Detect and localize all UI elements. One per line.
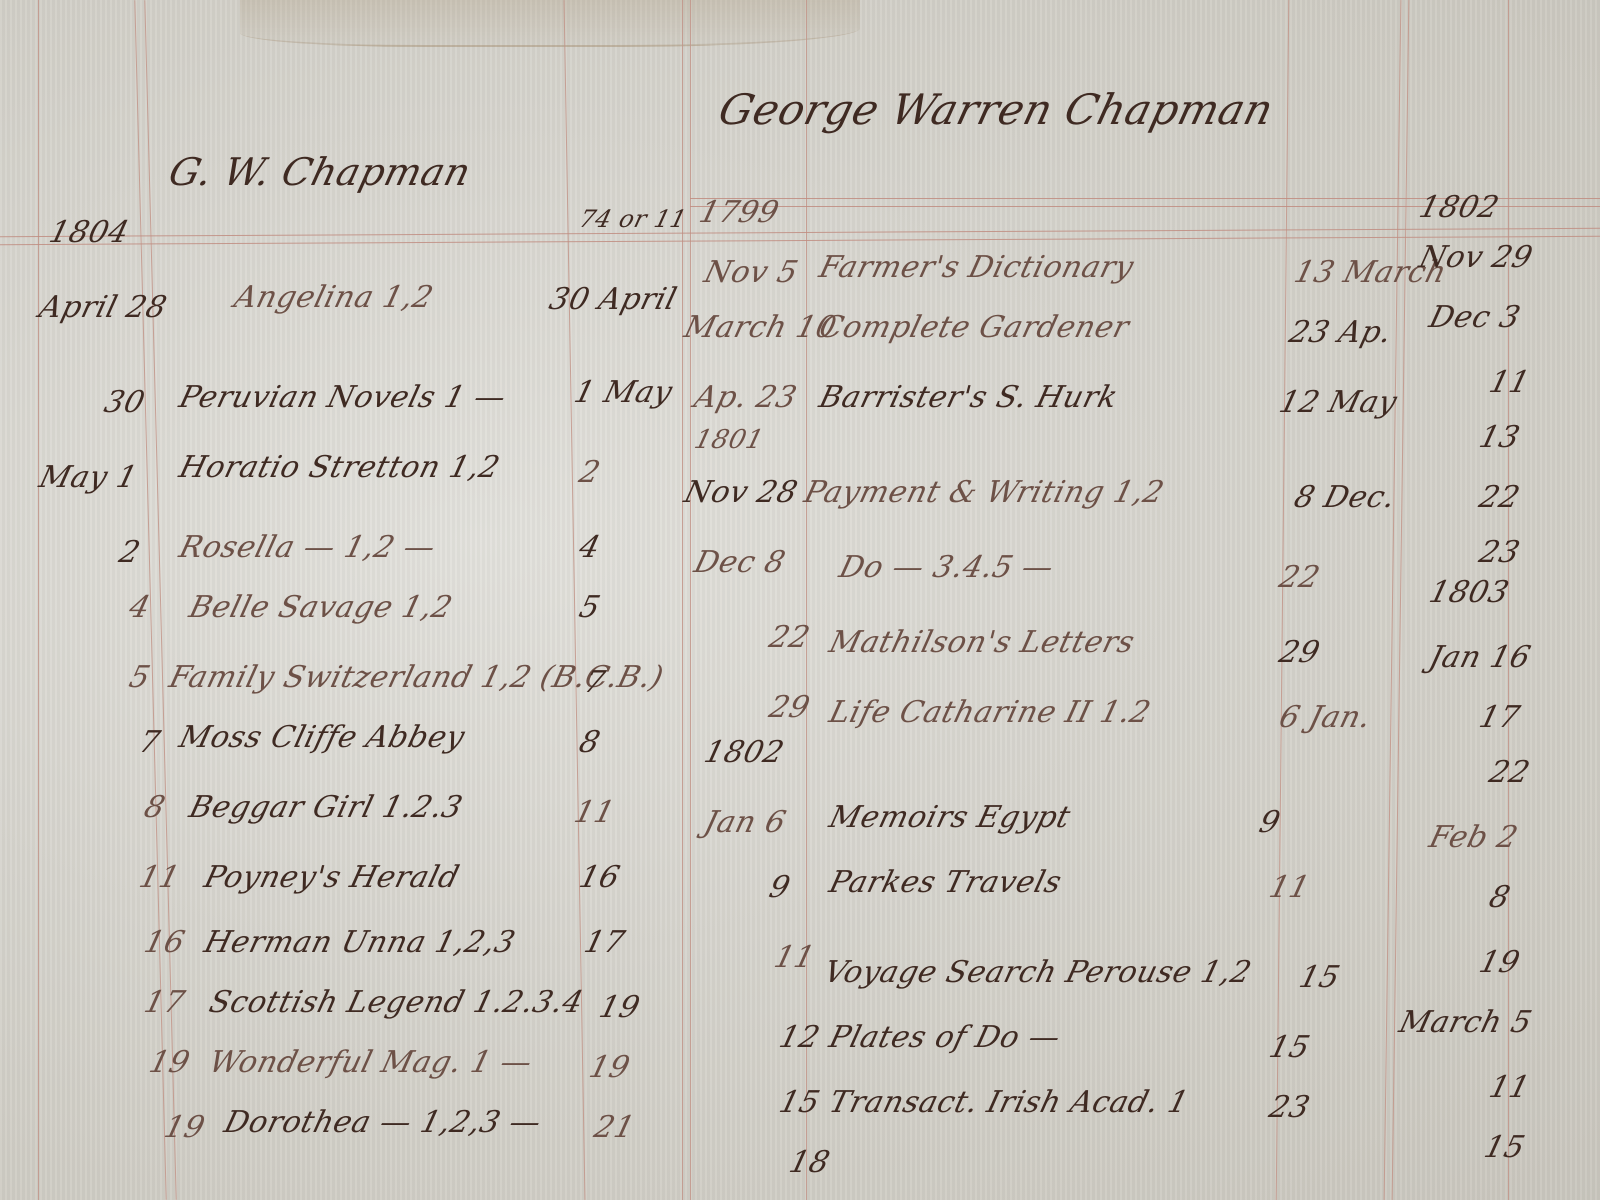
entry-date: 18	[786, 1145, 834, 1180]
entry-date: 4	[126, 590, 154, 625]
edge-date: Jan 16	[1426, 640, 1535, 675]
account-heading-name: G. W. Chapman	[165, 150, 476, 194]
entry-title: Horatio Stretton 1,2	[176, 450, 504, 485]
edge-date: Nov 29	[1416, 240, 1537, 275]
entry-date: 17	[141, 985, 189, 1020]
entry-date: 12	[776, 1020, 824, 1055]
account-year: 1799	[696, 195, 783, 230]
entry-title: Transact. Irish Acad. 1	[826, 1085, 1193, 1120]
entry-date: April 28	[36, 290, 171, 325]
entry-returned: 17	[581, 925, 629, 960]
entry-date: Ap. 23	[691, 380, 801, 415]
entry-title: Scottish Legend 1.2.3.4	[206, 985, 587, 1020]
entry-title: Peruvian Novels 1 —	[176, 380, 510, 415]
edge-date: Dec 3	[1426, 300, 1524, 335]
entry-returned: 5	[576, 590, 604, 625]
entry-returned: 1 May	[571, 375, 676, 410]
entry-date: 11	[136, 860, 184, 895]
entry-date: 11	[771, 940, 819, 975]
edge-date: 1803	[1426, 575, 1513, 610]
entry-title: Moss Cliffe Abbey	[176, 720, 469, 755]
account-heading-ref: 74 or 11	[577, 205, 690, 233]
entry-returned: 19	[586, 1050, 634, 1085]
entry-returned: 23 Ap.	[1286, 315, 1396, 350]
entry-title: Complete Gardener	[816, 310, 1133, 345]
entry-title: Belle Savage 1,2	[186, 590, 456, 625]
entry-date: Nov 5	[701, 255, 802, 290]
entry-title: Mathilson's Letters	[826, 625, 1139, 660]
entry-returned: 22	[1276, 560, 1324, 595]
entry-date: May 1	[36, 460, 141, 495]
entry-title: Parkes Travels	[826, 865, 1066, 900]
entry-title: Barrister's S. Hurk	[816, 380, 1122, 415]
entry-returned: 2	[576, 455, 604, 490]
entry-returned: 21	[591, 1110, 639, 1145]
edge-date: March 5	[1396, 1005, 1536, 1040]
entry-returned: 11	[571, 795, 619, 830]
entry-year-marker: 1801	[691, 425, 767, 455]
entry-date: Nov 28	[681, 475, 802, 510]
entry-date: 16	[141, 925, 189, 960]
entry-returned: 15	[1266, 1030, 1314, 1065]
entry-returned: 29	[1276, 635, 1324, 670]
entry-date: 30	[101, 385, 149, 420]
entry-date: 22	[766, 620, 814, 655]
entry-returned: 4	[576, 530, 604, 565]
entry-returned: 15	[1296, 960, 1344, 995]
entry-title: Angelina 1,2	[231, 280, 437, 315]
entry-title: Beggar Girl 1.2.3	[186, 790, 467, 825]
entry-title: Voyage Search Perouse 1,2	[821, 955, 1255, 990]
edge-date: Feb 2	[1426, 820, 1522, 855]
entry-title: Plates of Do —	[826, 1020, 1064, 1055]
entry-title: Poyney's Herald	[201, 860, 463, 895]
edge-year: 1802	[1416, 190, 1503, 225]
entry-date: 19	[146, 1045, 194, 1080]
left-account: G. W. Chapman 74 or 11 1804 April 28 Ang…	[0, 0, 680, 1200]
entry-title: Farmer's Dictionary	[816, 250, 1138, 285]
entry-date: 2	[116, 535, 144, 570]
account-year: 1804	[46, 215, 133, 250]
entry-date: Jan 6	[701, 805, 790, 840]
entry-returned: 23	[1266, 1090, 1314, 1125]
entry-returned: 6 Jan.	[1276, 700, 1375, 735]
entry-returned: 30 April	[546, 282, 681, 317]
entry-returned: 8 Dec.	[1291, 480, 1400, 515]
entry-title: Do — 3.4.5 —	[836, 550, 1058, 585]
entry-date: 5	[126, 660, 154, 695]
entry-returned: 8	[576, 725, 604, 760]
entry-returned: 16	[576, 860, 624, 895]
entry-date: 19	[161, 1110, 209, 1145]
entry-returned: 19	[596, 990, 644, 1025]
entry-returned: 9	[1256, 805, 1284, 840]
entry-title: Rosella — 1,2 —	[176, 530, 439, 565]
entry-date: 7	[136, 725, 164, 760]
entry-date: 9	[766, 870, 794, 905]
entry-date: 15	[776, 1085, 824, 1120]
entry-date: Dec 8	[691, 545, 789, 580]
entry-date: 29	[766, 690, 814, 725]
entry-title: Wonderful Mag. 1 —	[206, 1045, 536, 1080]
ledger-page: G. W. Chapman 74 or 11 1804 April 28 Ang…	[0, 0, 1600, 1200]
entry-returned: 12 May	[1276, 385, 1401, 420]
entry-title: Dorothea — 1,2,3 —	[221, 1105, 545, 1140]
entry-year-marker: 1802	[701, 735, 788, 770]
account-heading-name: George Warren Chapman	[714, 85, 1279, 134]
entry-title: Herman Unna 1,2,3	[201, 925, 519, 960]
entry-returned: 11	[1266, 870, 1314, 905]
entry-title: Memoirs Egypt	[826, 800, 1074, 835]
entry-title: Payment & Writing 1,2	[801, 475, 1168, 510]
entry-title: Life Catharine II 1.2	[826, 695, 1155, 730]
entry-date: 8	[141, 790, 169, 825]
